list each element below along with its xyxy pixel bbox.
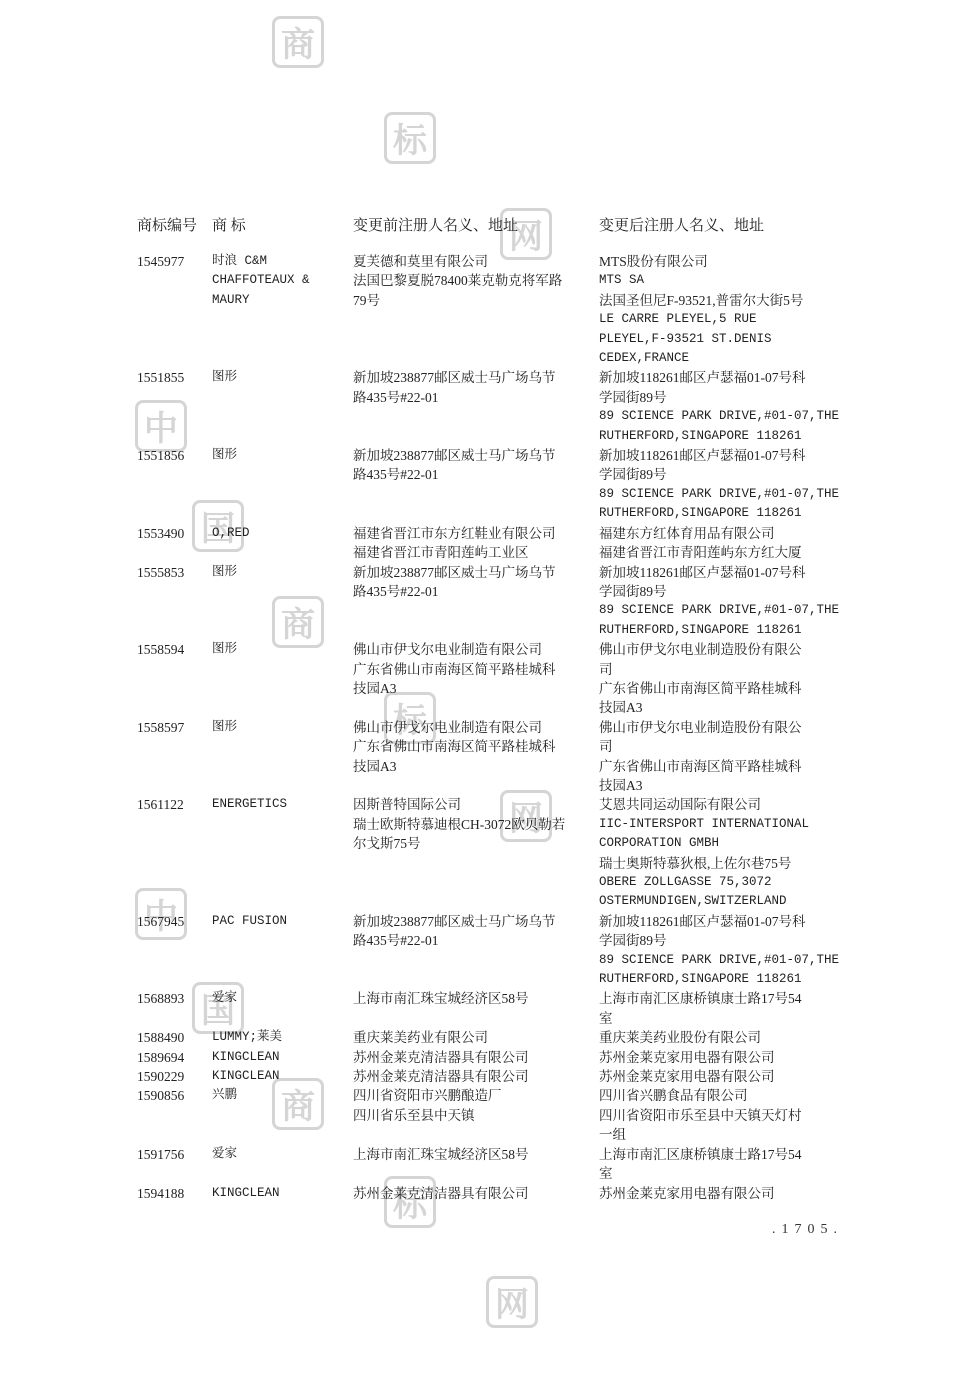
trademark-name-line: O,RED bbox=[212, 524, 353, 543]
registrant-after-line: 苏州金莱克家用电器有限公司 bbox=[599, 1067, 849, 1086]
trademark-number: 1590229 bbox=[137, 1067, 212, 1086]
trademark-name-line: ENERGETICS bbox=[212, 795, 353, 814]
trademark-name: PAC FUSION bbox=[212, 912, 353, 990]
registrant-after-line: 新加坡118261邮区卢瑟福01-07号科 bbox=[599, 446, 849, 465]
trademark-number: 1591756 bbox=[137, 1145, 212, 1184]
registrant-after-line: 苏州金莱克家用电器有限公司 bbox=[599, 1048, 849, 1067]
registrant-before: 苏州金莱克清洁器具有限公司 bbox=[353, 1048, 599, 1067]
registrant-after-line: MTS SA bbox=[599, 271, 849, 290]
table-row: 1555853图形新加坡238877邮区威士马广场乌节路435号#22-01新加… bbox=[137, 563, 857, 641]
registrant-after-line: 新加坡118261邮区卢瑟福01-07号科 bbox=[599, 563, 849, 582]
registrant-after-line: CORPORATION GMBH bbox=[599, 834, 849, 853]
trademark-name: O,RED bbox=[212, 524, 353, 563]
registrant-after: 重庆莱美药业股份有限公司 bbox=[599, 1028, 849, 1047]
registrant-before-line: 新加坡238877邮区威士马广场乌节 bbox=[353, 912, 599, 931]
registrant-after-line: 技园A3 bbox=[599, 776, 849, 795]
registrant-after: 苏州金莱克家用电器有限公司 bbox=[599, 1067, 849, 1086]
registrant-before: 新加坡238877邮区威士马广场乌节路435号#22-01 bbox=[353, 563, 599, 641]
registrant-before-line: 苏州金莱克清洁器具有限公司 bbox=[353, 1184, 599, 1203]
trademark-name: 图形 bbox=[212, 563, 353, 641]
registrant-before: 佛山市伊戈尔电业制造有限公司广东省佛山市南海区简平路桂城科技园A3 bbox=[353, 718, 599, 796]
registrant-after-line: LE CARRE PLEYEL,5 RUE bbox=[599, 310, 849, 329]
trademark-number: 1551856 bbox=[137, 446, 212, 524]
registrant-before-line: 新加坡238877邮区威士马广场乌节 bbox=[353, 446, 599, 465]
registrant-after-line: 重庆莱美药业股份有限公司 bbox=[599, 1028, 849, 1047]
watermark-stamp: 标 bbox=[384, 112, 436, 164]
registrant-before-line: 重庆莱美药业有限公司 bbox=[353, 1028, 599, 1047]
registrant-after: 四川省兴鹏食品有限公司四川省资阳市乐至县中天镇天灯村一组 bbox=[599, 1086, 849, 1144]
trademark-number: 1558597 bbox=[137, 718, 212, 796]
trademark-number: 1589694 bbox=[137, 1048, 212, 1067]
registrant-before-line: 路435号#22-01 bbox=[353, 465, 599, 484]
header-trademark: 商 标 bbox=[212, 214, 353, 252]
registrant-before-line: 广东省佛山市南海区简平路桂城科 bbox=[353, 660, 599, 679]
trademark-name: 图形 bbox=[212, 446, 353, 524]
registrant-after-line: IIC-INTERSPORT INTERNATIONAL bbox=[599, 815, 849, 834]
table-row: 1591756爱家上海市南汇珠宝城经济区58号上海市南汇区康桥镇康士路17号54… bbox=[137, 1145, 857, 1184]
registrant-before-line: 因斯普特国际公司 bbox=[353, 795, 599, 814]
registrant-after-line: 福建东方红体育用品有限公司 bbox=[599, 524, 849, 543]
table-header: 商标编号 商 标 变更前注册人名义、地址 变更后注册人名义、地址 bbox=[137, 214, 857, 252]
registrant-after-line: 上海市南汇区康桥镇康士路17号54 bbox=[599, 1145, 849, 1164]
registrant-before-line: 79号 bbox=[353, 291, 599, 310]
registrant-before-line: 夏芙德和莫里有限公司 bbox=[353, 252, 599, 271]
header-after-change: 变更后注册人名义、地址 bbox=[599, 214, 849, 252]
registrant-after-line: 新加坡118261邮区卢瑟福01-07号科 bbox=[599, 912, 849, 931]
table-row: 1558597图形佛山市伊戈尔电业制造有限公司广东省佛山市南海区简平路桂城科技园… bbox=[137, 718, 857, 796]
trademark-name: 图形 bbox=[212, 718, 353, 796]
registrant-before: 新加坡238877邮区威士马广场乌节路435号#22-01 bbox=[353, 912, 599, 990]
table-row: 1589694KINGCLEAN苏州金莱克清洁器具有限公司苏州金莱克家用电器有限… bbox=[137, 1048, 857, 1067]
trademark-name: 爱家 bbox=[212, 1145, 353, 1184]
trademark-name: 时浪 C&MCHAFFOTEAUX &MAURY bbox=[212, 252, 353, 368]
registrant-after-line: OSTERMUNDIGEN,SWITZERLAND bbox=[599, 892, 849, 911]
trademark-name-line: 图形 bbox=[212, 368, 353, 387]
registrant-before-line: 尔戈斯75号 bbox=[353, 834, 599, 853]
trademark-name-line: 图形 bbox=[212, 640, 353, 659]
table-row: 1545977时浪 C&MCHAFFOTEAUX &MAURY夏芙德和莫里有限公… bbox=[137, 252, 857, 368]
trademark-number: 1545977 bbox=[137, 252, 212, 368]
registrant-after-line: 89 SCIENCE PARK DRIVE,#01-07,THE bbox=[599, 601, 849, 620]
trademark-number: 1588490 bbox=[137, 1028, 212, 1047]
registrant-after: 新加坡118261邮区卢瑟福01-07号科学园街89号89 SCIENCE PA… bbox=[599, 368, 849, 446]
trademark-number: 1590856 bbox=[137, 1086, 212, 1144]
registrant-after-line: PLEYEL,F-93521 ST.DENIS bbox=[599, 330, 849, 349]
trademark-number: 1567945 bbox=[137, 912, 212, 990]
trademark-name-line: KINGCLEAN bbox=[212, 1048, 353, 1067]
registrant-after-line: 佛山市伊戈尔电业制造股份有限公 bbox=[599, 718, 849, 737]
trademark-number: 1594188 bbox=[137, 1184, 212, 1203]
registrant-before: 新加坡238877邮区威士马广场乌节路435号#22-01 bbox=[353, 368, 599, 446]
registrant-before: 上海市南汇珠宝城经济区58号 bbox=[353, 989, 599, 1028]
registrant-before-line: 四川省乐至县中天镇 bbox=[353, 1106, 599, 1125]
registrant-before-line: 新加坡238877邮区威士马广场乌节 bbox=[353, 563, 599, 582]
trademark-name: 爱家 bbox=[212, 989, 353, 1028]
table-row: 1568893爱家上海市南汇珠宝城经济区58号上海市南汇区康桥镇康士路17号54… bbox=[137, 989, 857, 1028]
registrant-before: 福建省晋江市东方红鞋业有限公司福建省晋江市青阳莲屿工业区 bbox=[353, 524, 599, 563]
registrant-after: 新加坡118261邮区卢瑟福01-07号科学园街89号89 SCIENCE PA… bbox=[599, 446, 849, 524]
trademark-number: 1551855 bbox=[137, 368, 212, 446]
registrant-before-line: 路435号#22-01 bbox=[353, 931, 599, 950]
registrant-after-line: 司 bbox=[599, 737, 849, 756]
registrant-after-line: 艾恩共同运动国际有限公司 bbox=[599, 795, 849, 814]
table-row: 1588490LUMMY;莱美重庆莱美药业有限公司重庆莱美药业股份有限公司 bbox=[137, 1028, 857, 1047]
registrant-after-line: 上海市南汇区康桥镇康士路17号54 bbox=[599, 989, 849, 1008]
registrant-before: 新加坡238877邮区威士马广场乌节路435号#22-01 bbox=[353, 446, 599, 524]
registrant-after-line: 学园街89号 bbox=[599, 582, 849, 601]
registrant-before-line: 广东省佛山市南海区简平路桂城科 bbox=[353, 737, 599, 756]
registrant-after: MTS股份有限公司MTS SA法国圣但尼F-93521,普雷尔大街5号LE CA… bbox=[599, 252, 849, 368]
registrant-after: 苏州金莱克家用电器有限公司 bbox=[599, 1048, 849, 1067]
registrant-after: 新加坡118261邮区卢瑟福01-07号科学园街89号89 SCIENCE PA… bbox=[599, 563, 849, 641]
page-number: .1705. bbox=[772, 1222, 843, 1238]
watermark-stamp: 商 bbox=[272, 16, 324, 68]
registrant-after-line: MTS股份有限公司 bbox=[599, 252, 849, 271]
registrant-before-line: 上海市南汇珠宝城经济区58号 bbox=[353, 1145, 599, 1164]
trademark-name-line: 图形 bbox=[212, 718, 353, 737]
registrant-after-line: 四川省兴鹏食品有限公司 bbox=[599, 1086, 849, 1105]
registrant-after-line: OBERE ZOLLGASSE 75,3072 bbox=[599, 873, 849, 892]
table-row: 1590229KINGCLEAN苏州金莱克清洁器具有限公司苏州金莱克家用电器有限… bbox=[137, 1067, 857, 1086]
trademark-name-line: PAC FUSION bbox=[212, 912, 353, 931]
trademark-change-table: 商标编号 商 标 变更前注册人名义、地址 变更后注册人名义、地址 1545977… bbox=[137, 214, 857, 1203]
registrant-after-line: RUTHERFORD,SINGAPORE 118261 bbox=[599, 504, 849, 523]
registrant-after-line: 89 SCIENCE PARK DRIVE,#01-07,THE bbox=[599, 951, 849, 970]
watermark-stamp: 网 bbox=[486, 1276, 538, 1328]
registrant-before: 重庆莱美药业有限公司 bbox=[353, 1028, 599, 1047]
trademark-number: 1558594 bbox=[137, 640, 212, 718]
table-row: 1553490O,RED福建省晋江市东方红鞋业有限公司福建省晋江市青阳莲屿工业区… bbox=[137, 524, 857, 563]
header-before-change: 变更前注册人名义、地址 bbox=[353, 214, 599, 252]
registrant-after-line: 广东省佛山市南海区简平路桂城科 bbox=[599, 757, 849, 776]
registrant-after-line: 福建省晋江市青阳莲屿东方红大厦 bbox=[599, 543, 849, 562]
registrant-before-line: 福建省晋江市东方红鞋业有限公司 bbox=[353, 524, 599, 543]
registrant-before: 上海市南汇珠宝城经济区58号 bbox=[353, 1145, 599, 1184]
registrant-after-line: RUTHERFORD,SINGAPORE 118261 bbox=[599, 621, 849, 640]
registrant-after-line: CEDEX,FRANCE bbox=[599, 349, 849, 368]
trademark-name-line: CHAFFOTEAUX & bbox=[212, 271, 353, 290]
trademark-name-line: 时浪 C&M bbox=[212, 252, 353, 271]
trademark-number: 1555853 bbox=[137, 563, 212, 641]
registrant-after: 艾恩共同运动国际有限公司IIC-INTERSPORT INTERNATIONAL… bbox=[599, 795, 849, 911]
registrant-after-line: 室 bbox=[599, 1164, 849, 1183]
registrant-after: 福建东方红体育用品有限公司福建省晋江市青阳莲屿东方红大厦 bbox=[599, 524, 849, 563]
trademark-name: KINGCLEAN bbox=[212, 1048, 353, 1067]
trademark-name-line: MAURY bbox=[212, 291, 353, 310]
registrant-after-line: 佛山市伊戈尔电业制造股份有限公 bbox=[599, 640, 849, 659]
document-page: 商标网中国商标网中国商标网 商标编号 商 标 变更前注册人名义、地址 变更后注册… bbox=[0, 0, 980, 1400]
trademark-number: 1553490 bbox=[137, 524, 212, 563]
trademark-name: LUMMY;莱美 bbox=[212, 1028, 353, 1047]
registrant-after-line: 四川省资阳市乐至县中天镇天灯村 bbox=[599, 1106, 849, 1125]
registrant-after: 上海市南汇区康桥镇康士路17号54室 bbox=[599, 1145, 849, 1184]
registrant-after-line: 学园街89号 bbox=[599, 931, 849, 950]
registrant-before: 四川省资阳市兴鹏酿造厂四川省乐至县中天镇 bbox=[353, 1086, 599, 1144]
registrant-before: 夏芙德和莫里有限公司法国巴黎夏脱78400莱克勒克将军路79号 bbox=[353, 252, 599, 368]
trademark-name: KINGCLEAN bbox=[212, 1184, 353, 1203]
registrant-before-line: 佛山市伊戈尔电业制造有限公司 bbox=[353, 640, 599, 659]
table-row: 1567945PAC FUSION新加坡238877邮区威士马广场乌节路435号… bbox=[137, 912, 857, 990]
table-body: 1545977时浪 C&MCHAFFOTEAUX &MAURY夏芙德和莫里有限公… bbox=[137, 252, 857, 1203]
registrant-before-line: 新加坡238877邮区威士马广场乌节 bbox=[353, 368, 599, 387]
registrant-before-line: 苏州金莱克清洁器具有限公司 bbox=[353, 1048, 599, 1067]
registrant-after-line: 法国圣但尼F-93521,普雷尔大街5号 bbox=[599, 291, 849, 310]
registrant-before-line: 佛山市伊戈尔电业制造有限公司 bbox=[353, 718, 599, 737]
registrant-after-line: 技园A3 bbox=[599, 698, 849, 717]
trademark-name-line: KINGCLEAN bbox=[212, 1184, 353, 1203]
registrant-before: 苏州金莱克清洁器具有限公司 bbox=[353, 1067, 599, 1086]
trademark-number: 1568893 bbox=[137, 989, 212, 1028]
table-row: 1590856兴鹏四川省资阳市兴鹏酿造厂四川省乐至县中天镇四川省兴鹏食品有限公司… bbox=[137, 1086, 857, 1144]
registrant-after: 佛山市伊戈尔电业制造股份有限公司广东省佛山市南海区简平路桂城科技园A3 bbox=[599, 640, 849, 718]
trademark-name-line: 爱家 bbox=[212, 989, 353, 1008]
registrant-before-line: 技园A3 bbox=[353, 679, 599, 698]
trademark-name: ENERGETICS bbox=[212, 795, 353, 911]
registrant-after-line: 89 SCIENCE PARK DRIVE,#01-07,THE bbox=[599, 485, 849, 504]
registrant-after-line: 学园街89号 bbox=[599, 388, 849, 407]
trademark-name: 图形 bbox=[212, 640, 353, 718]
registrant-after-line: 苏州金莱克家用电器有限公司 bbox=[599, 1184, 849, 1203]
registrant-after: 苏州金莱克家用电器有限公司 bbox=[599, 1184, 849, 1203]
trademark-name-line: KINGCLEAN bbox=[212, 1067, 353, 1086]
registrant-before-line: 四川省资阳市兴鹏酿造厂 bbox=[353, 1086, 599, 1105]
trademark-name-line: LUMMY;莱美 bbox=[212, 1028, 353, 1047]
registrant-after-line: 新加坡118261邮区卢瑟福01-07号科 bbox=[599, 368, 849, 387]
registrant-after-line: RUTHERFORD,SINGAPORE 118261 bbox=[599, 427, 849, 446]
table-row: 1551855图形新加坡238877邮区威士马广场乌节路435号#22-01新加… bbox=[137, 368, 857, 446]
registrant-after-line: 瑞士奥斯特慕狄根,上佐尔巷75号 bbox=[599, 854, 849, 873]
trademark-name: KINGCLEAN bbox=[212, 1067, 353, 1086]
trademark-number: 1561122 bbox=[137, 795, 212, 911]
registrant-before-line: 苏州金莱克清洁器具有限公司 bbox=[353, 1067, 599, 1086]
registrant-after: 佛山市伊戈尔电业制造股份有限公司广东省佛山市南海区简平路桂城科技园A3 bbox=[599, 718, 849, 796]
registrant-after-line: RUTHERFORD,SINGAPORE 118261 bbox=[599, 970, 849, 989]
registrant-before: 佛山市伊戈尔电业制造有限公司广东省佛山市南海区简平路桂城科技园A3 bbox=[353, 640, 599, 718]
registrant-after: 上海市南汇区康桥镇康士路17号54室 bbox=[599, 989, 849, 1028]
registrant-after-line: 一组 bbox=[599, 1125, 849, 1144]
registrant-after-line: 广东省佛山市南海区简平路桂城科 bbox=[599, 679, 849, 698]
table-row: 1594188KINGCLEAN苏州金莱克清洁器具有限公司苏州金莱克家用电器有限… bbox=[137, 1184, 857, 1203]
registrant-after: 新加坡118261邮区卢瑟福01-07号科学园街89号89 SCIENCE PA… bbox=[599, 912, 849, 990]
table-row: 1561122ENERGETICS因斯普特国际公司瑞士欧斯特慕迪根CH-3072… bbox=[137, 795, 857, 911]
registrant-before-line: 法国巴黎夏脱78400莱克勒克将军路 bbox=[353, 271, 599, 290]
registrant-before-line: 技园A3 bbox=[353, 757, 599, 776]
trademark-name: 兴鹏 bbox=[212, 1086, 353, 1144]
registrant-before-line: 路435号#22-01 bbox=[353, 582, 599, 601]
table-row: 1551856图形新加坡238877邮区威士马广场乌节路435号#22-01新加… bbox=[137, 446, 857, 524]
trademark-name-line: 图形 bbox=[212, 446, 353, 465]
registrant-after-line: 89 SCIENCE PARK DRIVE,#01-07,THE bbox=[599, 407, 849, 426]
registrant-before-line: 上海市南汇珠宝城经济区58号 bbox=[353, 989, 599, 1008]
registrant-before: 苏州金莱克清洁器具有限公司 bbox=[353, 1184, 599, 1203]
trademark-name-line: 图形 bbox=[212, 563, 353, 582]
registrant-before-line: 福建省晋江市青阳莲屿工业区 bbox=[353, 543, 599, 562]
header-trademark-number: 商标编号 bbox=[137, 214, 212, 252]
registrant-after-line: 室 bbox=[599, 1009, 849, 1028]
registrant-before: 因斯普特国际公司瑞士欧斯特慕迪根CH-3072欧贝勒若尔戈斯75号 bbox=[353, 795, 599, 911]
registrant-after-line: 学园街89号 bbox=[599, 465, 849, 484]
registrant-after-line: 司 bbox=[599, 660, 849, 679]
trademark-name-line: 兴鹏 bbox=[212, 1086, 353, 1105]
trademark-name-line: 爱家 bbox=[212, 1145, 353, 1164]
registrant-before-line: 瑞士欧斯特慕迪根CH-3072欧贝勒若 bbox=[353, 815, 599, 834]
table-row: 1558594图形佛山市伊戈尔电业制造有限公司广东省佛山市南海区简平路桂城科技园… bbox=[137, 640, 857, 718]
registrant-before-line: 路435号#22-01 bbox=[353, 388, 599, 407]
trademark-name: 图形 bbox=[212, 368, 353, 446]
